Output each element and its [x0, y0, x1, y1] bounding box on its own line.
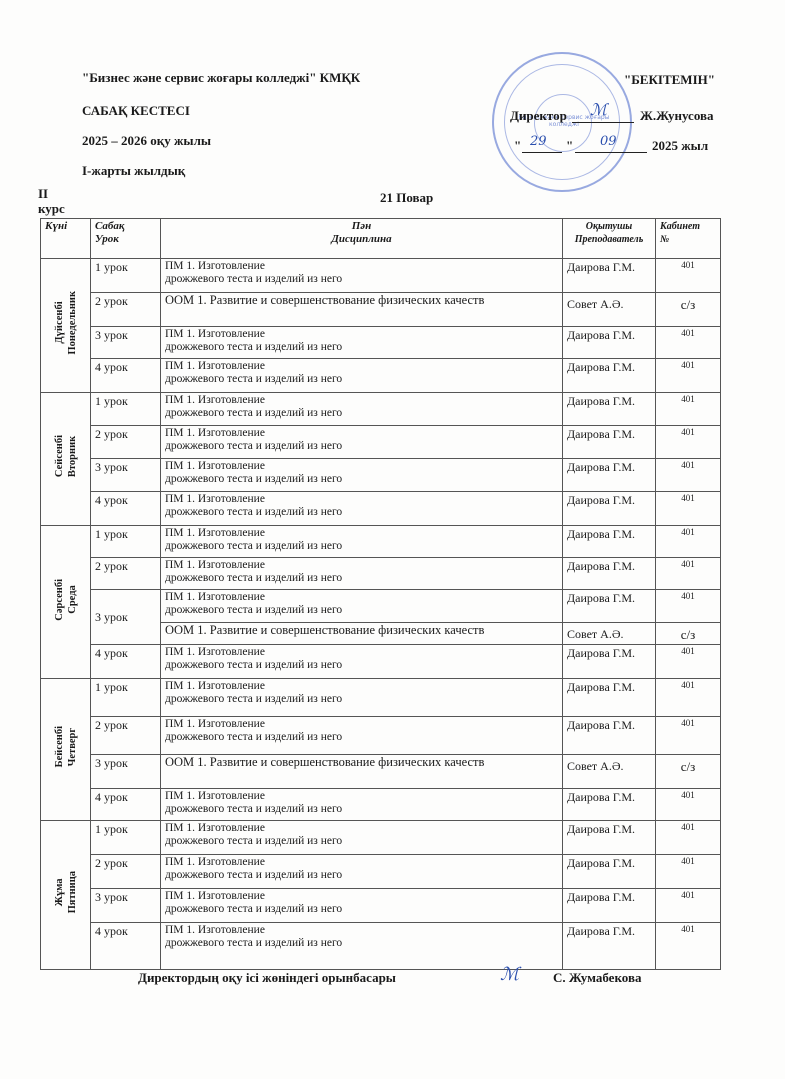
room-cell: 401 [656, 259, 721, 293]
room-cell: 401 [656, 821, 721, 855]
date-quote-close: " [566, 138, 573, 154]
deputy-signature: ℳ [500, 964, 519, 985]
day-label: СәрсенбіСреда [53, 579, 79, 621]
semester: І-жарты жылдық [82, 163, 185, 179]
table-row: 4 урокПМ 1. Изготовлениедрожжевого теста… [41, 359, 721, 393]
teacher-cell: Даирова Г.М. [563, 821, 656, 855]
approval-name: Ж.Жунусова [640, 108, 714, 124]
table-row: СәрсенбіСреда1 урокПМ 1. Изготовлениедро… [41, 526, 721, 558]
room-cell: 401 [656, 590, 721, 623]
teacher-cell: Совет А.Ә. [563, 623, 656, 645]
lesson-number: 3 урок [91, 755, 161, 789]
director-signature: ℳ [590, 100, 607, 119]
subject-cell: ПМ 1. Изготовлениедрожжевого теста и изд… [161, 393, 563, 426]
director-signature-line [572, 122, 634, 123]
teacher-cell: Даирова Г.М. [563, 679, 656, 717]
table-row: 2 урокПМ 1. Изготовлениедрожжевого теста… [41, 426, 721, 459]
table-row: 4 урокПМ 1. Изготовлениедрожжевого теста… [41, 789, 721, 821]
lesson-number: 2 урок [91, 293, 161, 327]
header-teacher: ОқытушыПреподаватель [563, 219, 656, 259]
room-cell: 401 [656, 492, 721, 526]
subject-cell: ПМ 1. Изготовлениедрожжевого теста и изд… [161, 923, 563, 970]
subject-cell: ПМ 1. Изготовлениедрожжевого теста и изд… [161, 526, 563, 558]
table-row: 3 урокПМ 1. Изготовлениедрожжевого теста… [41, 327, 721, 359]
subject-cell: ПМ 1. Изготовлениедрожжевого теста и изд… [161, 259, 563, 293]
document-title: САБАҚ КЕСТЕСІ [82, 103, 190, 119]
lesson-number: 2 урок [91, 558, 161, 590]
table-row: 3 урокПМ 1. Изготовлениедрожжевого теста… [41, 590, 721, 623]
day-cell: БейсенбіЧетверг [41, 679, 91, 821]
lesson-number: 2 урок [91, 717, 161, 755]
room-cell: 401 [656, 717, 721, 755]
schedule-table: Күні СабақУрок ПәнДисциплина ОқытушыПреп… [40, 218, 721, 970]
room-cell: с/з [656, 293, 721, 327]
subject-cell: ООМ 1. Развитие и совершенствование физи… [161, 623, 563, 645]
subject-cell: ООМ 1. Развитие и совершенствование физи… [161, 293, 563, 327]
lesson-number: 1 урок [91, 259, 161, 293]
lesson-number: 3 урок [91, 327, 161, 359]
room-cell: 401 [656, 426, 721, 459]
teacher-cell: Даирова Г.М. [563, 789, 656, 821]
room-cell: 401 [656, 558, 721, 590]
day-label: БейсенбіЧетверг [53, 726, 79, 767]
date-day: 29 [530, 134, 547, 149]
room-cell: 401 [656, 789, 721, 821]
lesson-number: 4 урок [91, 359, 161, 393]
table-header-row: Күні СабақУрок ПәнДисциплина ОқытушыПреп… [41, 219, 721, 259]
lesson-number: 1 урок [91, 393, 161, 426]
room-cell: с/з [656, 623, 721, 645]
table-row: 4 урокПМ 1. Изготовлениедрожжевого теста… [41, 492, 721, 526]
table-row: БейсенбіЧетверг1 урокПМ 1. Изготовлениед… [41, 679, 721, 717]
table-row: 3 урокООМ 1. Развитие и совершенствовани… [41, 755, 721, 789]
teacher-cell: Даирова Г.М. [563, 558, 656, 590]
subject-cell: ПМ 1. Изготовлениедрожжевого теста и изд… [161, 855, 563, 889]
footer-name: С. Жумабекова [553, 970, 641, 986]
teacher-cell: Даирова Г.М. [563, 855, 656, 889]
table-row: СейсенбіВторник1 урокПМ 1. Изготовлениед… [41, 393, 721, 426]
date-month: 09 [600, 134, 617, 149]
teacher-cell: Даирова Г.М. [563, 327, 656, 359]
table-row: ЖұмаПятница1 урокПМ 1. Изготовлениедрожж… [41, 821, 721, 855]
day-label: ДүйсенбіПонедельник [53, 291, 79, 355]
subject-cell: ПМ 1. Изготовлениедрожжевого теста и изд… [161, 590, 563, 623]
day-cell: ЖұмаПятница [41, 821, 91, 970]
lesson-number: 3 урок [91, 590, 161, 645]
table-row: 2 урокООМ 1. Развитие и совершенствовани… [41, 293, 721, 327]
date-year: 2025 жыл [652, 138, 708, 154]
subject-cell: ПМ 1. Изготовлениедрожжевого теста и изд… [161, 426, 563, 459]
lesson-number: 2 урок [91, 855, 161, 889]
day-cell: СейсенбіВторник [41, 393, 91, 526]
subject-cell: ПМ 1. Изготовлениедрожжевого теста и изд… [161, 717, 563, 755]
room-cell: 401 [656, 359, 721, 393]
subject-cell: ПМ 1. Изготовлениедрожжевого теста и изд… [161, 327, 563, 359]
room-cell: 401 [656, 923, 721, 970]
lesson-number: 1 урок [91, 526, 161, 558]
day-cell: СәрсенбіСреда [41, 526, 91, 679]
course-number: II [38, 186, 48, 202]
room-cell: 401 [656, 526, 721, 558]
day-label: ЖұмаПятница [53, 871, 79, 913]
header-room: Кабинет№ [656, 219, 721, 259]
table-row: 4 урокПМ 1. Изготовлениедрожжевого теста… [41, 923, 721, 970]
teacher-cell: Даирова Г.М. [563, 889, 656, 923]
room-cell: 401 [656, 855, 721, 889]
header-subject: ПәнДисциплина [161, 219, 563, 259]
lesson-number: 1 урок [91, 679, 161, 717]
teacher-cell: Даирова Г.М. [563, 393, 656, 426]
lesson-number: 4 урок [91, 645, 161, 679]
teacher-cell: Совет А.Ә. [563, 755, 656, 789]
lesson-number: 4 урок [91, 789, 161, 821]
teacher-cell: Даирова Г.М. [563, 526, 656, 558]
room-cell: 401 [656, 393, 721, 426]
room-cell: с/з [656, 755, 721, 789]
subject-cell: ПМ 1. Изготовлениедрожжевого теста и изд… [161, 359, 563, 393]
teacher-cell: Даирова Г.М. [563, 717, 656, 755]
group-name: 21 Повар [380, 190, 433, 206]
lesson-number: 4 урок [91, 492, 161, 526]
table-row: 4 урокПМ 1. Изготовлениедрожжевого теста… [41, 645, 721, 679]
approval-position: Директор [510, 108, 567, 124]
subject-cell: ПМ 1. Изготовлениедрожжевого теста и изд… [161, 679, 563, 717]
table-row: 3 урокПМ 1. Изготовлениедрожжевого теста… [41, 889, 721, 923]
teacher-cell: Даирова Г.М. [563, 459, 656, 492]
room-cell: 401 [656, 889, 721, 923]
approval-heading: "БЕКІТЕМІН" [624, 72, 715, 88]
teacher-cell: Даирова Г.М. [563, 426, 656, 459]
room-cell: 401 [656, 645, 721, 679]
teacher-cell: Даирова Г.М. [563, 492, 656, 526]
academic-year: 2025 – 2026 оқу жылы [82, 133, 211, 149]
lesson-number: 3 урок [91, 459, 161, 492]
institution-name: "Бизнес және сервис жоғары колледжі" КМҚ… [82, 70, 360, 86]
table-row: 2 урокПМ 1. Изготовлениедрожжевого теста… [41, 717, 721, 755]
room-cell: 401 [656, 459, 721, 492]
header-lesson: СабақУрок [91, 219, 161, 259]
course-label: курс [38, 201, 65, 217]
teacher-cell: Даирова Г.М. [563, 590, 656, 623]
teacher-cell: Даирова Г.М. [563, 359, 656, 393]
lesson-number: 4 урок [91, 923, 161, 970]
table-row: 2 урокПМ 1. Изготовлениедрожжевого теста… [41, 558, 721, 590]
day-label: СейсенбіВторник [53, 435, 79, 477]
day-cell: ДүйсенбіПонедельник [41, 259, 91, 393]
room-cell: 401 [656, 327, 721, 359]
table-row: 3 урокПМ 1. Изготовлениедрожжевого теста… [41, 459, 721, 492]
table-row: ДүйсенбіПонедельник1 урокПМ 1. Изготовле… [41, 259, 721, 293]
subject-cell: ООМ 1. Развитие и совершенствование физи… [161, 755, 563, 789]
teacher-cell: Совет А.Ә. [563, 293, 656, 327]
lesson-number: 2 урок [91, 426, 161, 459]
table-row: 2 урокПМ 1. Изготовлениедрожжевого теста… [41, 855, 721, 889]
subject-cell: ПМ 1. Изготовлениедрожжевого теста и изд… [161, 558, 563, 590]
lesson-number: 3 урок [91, 889, 161, 923]
teacher-cell: Даирова Г.М. [563, 259, 656, 293]
teacher-cell: Даирова Г.М. [563, 645, 656, 679]
header-day: Күні [41, 219, 91, 259]
date-day-line [522, 152, 562, 153]
room-cell: 401 [656, 679, 721, 717]
teacher-cell: Даирова Г.М. [563, 923, 656, 970]
date-quote-open: " [514, 138, 521, 154]
subject-cell: ПМ 1. Изготовлениедрожжевого теста и изд… [161, 492, 563, 526]
subject-cell: ПМ 1. Изготовлениедрожжевого теста и изд… [161, 889, 563, 923]
footer-position: Директордың оқу ісі жөніндегі орынбасары [138, 970, 396, 986]
lesson-number: 1 урок [91, 821, 161, 855]
subject-cell: ПМ 1. Изготовлениедрожжевого теста и изд… [161, 821, 563, 855]
subject-cell: ПМ 1. Изготовлениедрожжевого теста и изд… [161, 789, 563, 821]
subject-cell: ПМ 1. Изготовлениедрожжевого теста и изд… [161, 645, 563, 679]
date-month-line [575, 152, 647, 153]
subject-cell: ПМ 1. Изготовлениедрожжевого теста и изд… [161, 459, 563, 492]
